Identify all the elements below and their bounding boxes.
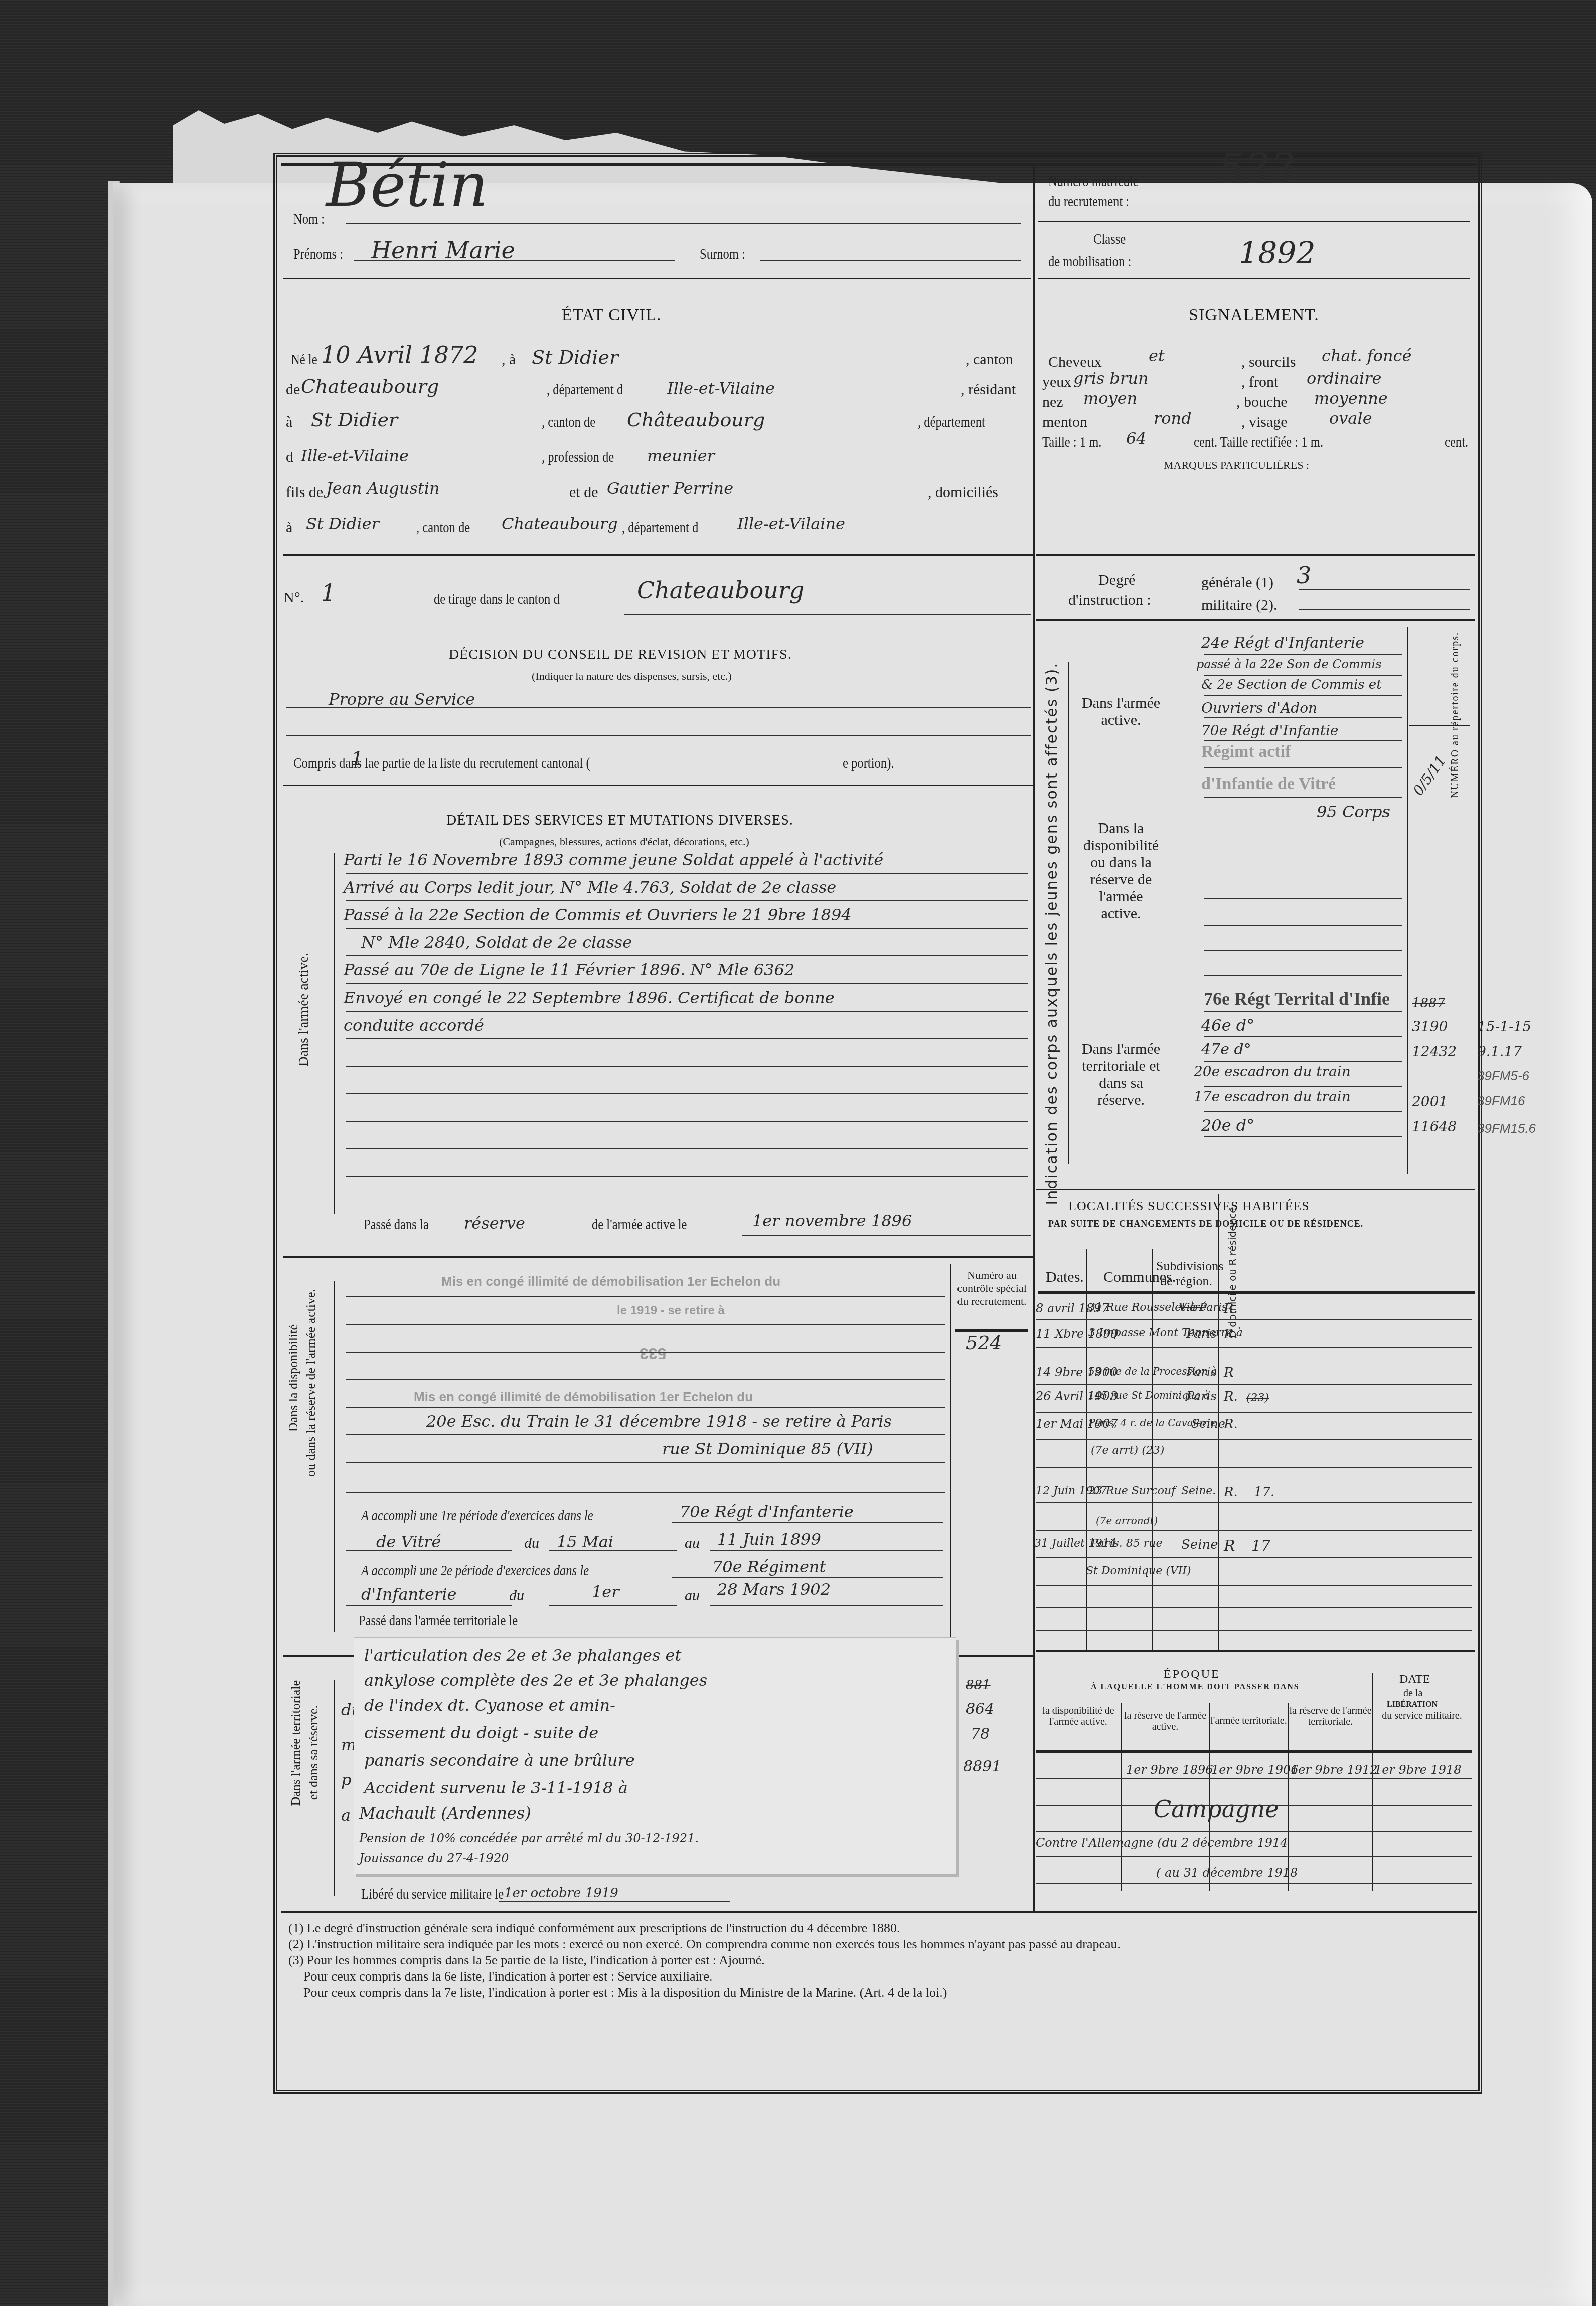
portion-label: e portion). xyxy=(843,755,894,772)
margin-number-1: 881 xyxy=(966,1678,991,1693)
territoriale-unit-4: 17e escadron du train xyxy=(1194,1088,1351,1105)
dispo-rule-4 xyxy=(1204,925,1402,926)
territoriale-num-4: 2001 xyxy=(1412,1093,1448,1110)
disponibilite-line-3: 95 Corps xyxy=(1317,802,1390,821)
reserve-rule-4 xyxy=(346,1379,945,1380)
disponibilite-label: Dans la disponibilité ou dans la réserve… xyxy=(1078,820,1164,922)
reserve-rule-3 xyxy=(346,1352,945,1353)
localite-commune: 23 Rue Surcouf xyxy=(1088,1485,1175,1497)
periode-1-to: 11 Juin 1899 xyxy=(717,1530,821,1549)
service-rule-11 xyxy=(346,1148,1028,1149)
front-label: , front xyxy=(1241,374,1278,391)
reserve-rule-5 xyxy=(346,1407,945,1408)
service-line-7: conduite accordé xyxy=(344,1016,484,1035)
periode-2-from-line xyxy=(549,1605,677,1606)
menton-label: menton xyxy=(1042,414,1087,431)
service-rule-12 xyxy=(346,1176,1028,1177)
localite-subdivision: Vitré xyxy=(1179,1301,1206,1314)
services-subtitle: (Campagnes, blessures, actions d'éclat, … xyxy=(499,835,749,848)
liberation-header-1: DATE xyxy=(1399,1673,1430,1686)
margin-number-4: 8891 xyxy=(963,1758,1001,1775)
epoque-col-4 xyxy=(1372,1673,1373,1891)
tirage-number: 1 xyxy=(321,579,336,606)
departement2-label: , département xyxy=(918,414,985,431)
disponibilite-stamp-2: d'Infantie de Vitré xyxy=(1201,775,1336,794)
fils-de-label: fils de xyxy=(286,484,323,501)
localites-col-header-dates: Dates. xyxy=(1046,1269,1084,1286)
canton-de-label: , canton de xyxy=(542,414,595,431)
epoque-value-reserve-active: 1er 9bre 1896 xyxy=(1126,1763,1213,1777)
epoque-rule-5 xyxy=(1036,1883,1472,1884)
demob-stamp-2-line-3: rue St Dominique 85 (VII) xyxy=(662,1439,873,1458)
de-label: de xyxy=(286,381,300,398)
etat-civil-rule xyxy=(283,554,1033,556)
hidden-prefix-4: a xyxy=(341,1805,351,1825)
epoque-col-header-reserve-active: la réserve de l'armée active. xyxy=(1122,1710,1208,1732)
periode-1-unit-line xyxy=(672,1522,943,1523)
territoriale-unit-2: 47e d° xyxy=(1201,1041,1251,1058)
periode-1-place-line xyxy=(346,1550,512,1551)
localite-commune: 31 Rue Rousselet à Paris xyxy=(1088,1301,1227,1314)
epoque-value-reserve-territoriale: 1er 9bre 1912 xyxy=(1291,1763,1378,1777)
periode-1-au-label: au xyxy=(685,1535,700,1552)
partie-value: 1 xyxy=(351,747,363,769)
surnom-line xyxy=(760,260,1021,261)
nez-value: moyen xyxy=(1083,389,1137,408)
birth-canton: Chateaubourg xyxy=(301,375,439,397)
localite-dr: R. xyxy=(1224,1301,1238,1316)
localite-commune: Paris. 85 rue xyxy=(1091,1537,1162,1550)
territoriale-unit-5: 20e d° xyxy=(1201,1116,1254,1135)
footnote-2: (2) L'instruction militaire sera indiqué… xyxy=(288,1937,1121,1952)
residence: St Didier xyxy=(311,409,398,431)
terr-rule-0 xyxy=(1204,1011,1402,1012)
profession: meunier xyxy=(647,446,715,465)
tirage-label: de tirage dans le canton d xyxy=(434,591,560,608)
territoriale-date-4: 39FM16 xyxy=(1477,1093,1525,1109)
slip-line-8: Pension de 10% concédée par arrêté ml du… xyxy=(359,1831,699,1845)
parents-departement: Ille-et-Vilaine xyxy=(737,514,845,533)
active-rule-3 xyxy=(1204,695,1402,696)
localite-rule-11 xyxy=(1036,1607,1472,1608)
service-rule-9 xyxy=(346,1093,1028,1094)
militaire-line xyxy=(1299,609,1470,610)
localite-commune: St Dominique (VII) xyxy=(1086,1565,1191,1577)
no-label: N°. xyxy=(283,589,304,606)
slip-line-3: de l'index dt. Cyanose et amin- xyxy=(364,1696,615,1715)
periode-2-to: 28 Mars 1902 xyxy=(717,1580,831,1599)
localite-dr: R xyxy=(1224,1365,1234,1380)
front-value: ordinaire xyxy=(1307,369,1381,388)
localite-rule-10 xyxy=(1036,1585,1472,1586)
epoque-subtitle: À LAQUELLE L'HOMME DOIT PASSER DANS xyxy=(1091,1683,1300,1692)
periode-1-label: A accompli une 1re période d'exercices d… xyxy=(361,1507,593,1524)
territoriale-side-label-1: Dans l'armée territoriale xyxy=(288,1680,303,1806)
nez-label: nez xyxy=(1042,394,1063,411)
dispo-rule-6 xyxy=(1204,975,1402,976)
service-rule-7 xyxy=(346,1038,1028,1039)
slip-line-6: Accident survenu le 3-11-1918 à xyxy=(364,1778,628,1797)
bouche-label: , bouche xyxy=(1236,394,1288,411)
generale-label: générale (1) xyxy=(1201,574,1273,591)
dispo-rule-3 xyxy=(1204,898,1402,899)
repertoire-header: NUMÉRO au répertoire du corps. xyxy=(1450,632,1461,798)
periode-2-unit-2-line xyxy=(346,1605,512,1606)
sourcils-label: , sourcils xyxy=(1241,354,1296,371)
classe-label-1: Classe xyxy=(1093,231,1126,248)
active-line-2: passé à la 22e Son de Commis xyxy=(1196,657,1382,671)
campagne-title: Campagne xyxy=(1154,1795,1279,1823)
active-rule-5 xyxy=(1204,740,1402,741)
header-bottom-rule xyxy=(283,278,1031,279)
active-line-4: Ouvriers d'Adon xyxy=(1201,700,1317,716)
territoriale-date-1: 15-1-15 xyxy=(1477,1018,1531,1035)
territoriale-passe-label: Passé dans l'armée territoriale le xyxy=(359,1612,518,1629)
localite-rule-8 xyxy=(1036,1530,1472,1531)
prenoms-label: Prénoms : xyxy=(293,246,343,263)
terr-rule-1 xyxy=(1204,1036,1402,1037)
localite-subdivision: Seine xyxy=(1191,1417,1225,1431)
terr-rule-5 xyxy=(1204,1136,1402,1137)
periode-1-place: de Vitré xyxy=(376,1532,441,1551)
demob-stamp-2-line-1: Mis en congé illimité de démobilisation … xyxy=(414,1389,753,1405)
profession-label: , profession de xyxy=(542,449,614,466)
localite-commune: 3 Impasse Mont Tonnerre à xyxy=(1088,1327,1243,1339)
territoriale-stamp: 76e Régt Territal d'Infie xyxy=(1204,988,1390,1009)
d-label: d xyxy=(286,449,293,466)
localite-extra: 17. xyxy=(1254,1485,1274,1500)
liberation-header-2: de la xyxy=(1403,1688,1422,1699)
localite-dr: R. xyxy=(1224,1327,1238,1342)
slip-line-5: panaris secondaire à une brûlure xyxy=(364,1751,635,1770)
affectations-rule xyxy=(1036,1189,1475,1190)
territoriale-unit-1: 46e d° xyxy=(1201,1016,1254,1035)
epoque-title: ÉPOQUE xyxy=(1164,1668,1220,1681)
periode-1-from-line xyxy=(549,1550,677,1551)
service-rule-1 xyxy=(346,873,1028,874)
matricule-value: 533 xyxy=(1219,145,1296,192)
nom-label: Nom : xyxy=(293,211,325,228)
localites-subtitle: PAR SUITE DE CHANGEMENTS DE DOMICILE OU … xyxy=(1048,1219,1363,1229)
margin-number-2: 864 xyxy=(966,1700,994,1718)
footnote-5: Pour ceux compris dans la 7e liste, l'in… xyxy=(303,1985,947,2000)
epoque-rule-3 xyxy=(1036,1831,1472,1832)
affectations-side-label: Indication des corps auxquels les jeunes… xyxy=(1043,662,1061,1205)
marques-label: MARQUES PARTICULIÈRES : xyxy=(1164,459,1309,472)
epoque-col-header-reserve-territoriale: la réserve de l'armée territoriale. xyxy=(1289,1705,1372,1727)
epoque-col-3 xyxy=(1288,1703,1289,1891)
nom-value: Bétin xyxy=(326,150,488,220)
service-rule-4 xyxy=(346,955,1028,956)
libere-date: 1er octobre 1919 xyxy=(504,1886,618,1901)
disponibilite-stamp-1: Régimt actif xyxy=(1201,742,1291,761)
degre-label-2: d'instruction : xyxy=(1068,592,1151,609)
reserve-rule-8 xyxy=(346,1492,945,1493)
canton-label: , canton xyxy=(966,351,1013,368)
localite-rule-3 xyxy=(1036,1384,1472,1385)
dispo-rule-5 xyxy=(1204,950,1402,951)
footnote-3: (3) Pour les hommes compris dans la 5e p… xyxy=(288,1953,765,1968)
periode-1-unit: 70e Régt d'Infanterie xyxy=(680,1502,854,1521)
decision-value: Propre au Service xyxy=(329,690,475,709)
active-rule-1 xyxy=(1204,654,1402,655)
active-line-1: 24e Régt d'Infanterie xyxy=(1201,634,1364,652)
hidden-prefix-3: p xyxy=(341,1770,351,1789)
localite-subdivision: Paris xyxy=(1186,1389,1217,1403)
territoriale-num-2: 12432 xyxy=(1412,1043,1457,1060)
service-line-3: Passé à la 22e Section de Commis et Ouvr… xyxy=(344,905,852,924)
generale-value: 3 xyxy=(1297,562,1311,589)
localite-rule-7 xyxy=(1036,1502,1472,1503)
header-divider xyxy=(1033,163,1035,554)
birth-place: St Didier xyxy=(532,346,618,368)
demob-stamp-1-line-1: Mis en congé illimité de démobilisation … xyxy=(441,1274,780,1289)
surnom-label: Surnom : xyxy=(700,246,745,263)
margin-number-3: 78 xyxy=(971,1725,990,1743)
taille-label: Taille : 1 m. xyxy=(1042,434,1102,451)
cheveux-value: et xyxy=(1149,346,1165,365)
tirage-canton: Chateaubourg xyxy=(637,577,804,604)
et-de-label: et de xyxy=(569,484,598,501)
localite-extra: (23) xyxy=(1246,1392,1269,1404)
localite-dr: R. xyxy=(1224,1485,1238,1500)
service-rule-2 xyxy=(346,900,1028,901)
a-label: , à xyxy=(502,351,516,368)
reserve-side-label-1: Dans la disponibilité xyxy=(286,1324,301,1432)
footnote-4: Pour ceux compris dans la 6e liste, l'in… xyxy=(303,1969,713,1984)
father-name: Jean Augustin xyxy=(326,479,440,498)
services-side-label: Dans l'armée active. xyxy=(296,953,312,1067)
terr-rule-3 xyxy=(1204,1086,1402,1087)
service-rule-5 xyxy=(346,983,1028,984)
menton-value: rond xyxy=(1154,409,1192,428)
degre-label-1: Degré xyxy=(1098,572,1135,589)
demob-stamp-2-line-2: 20e Esc. du Train le 31 décembre 1918 - … xyxy=(426,1412,892,1431)
numero-controle-value: 524 xyxy=(966,1332,1002,1354)
liberation-header-3: LIBÉRATION xyxy=(1387,1700,1438,1709)
services-bracket xyxy=(334,853,335,1214)
service-rule-8 xyxy=(346,1066,1028,1067)
decision-title: DÉCISION DU CONSEIL DE REVISION ET MOTIF… xyxy=(449,647,792,663)
signalement-rule xyxy=(1036,554,1475,556)
yeux-value: gris brun xyxy=(1073,369,1149,388)
periode-2-unit: 70e Régiment xyxy=(712,1557,826,1576)
demob-stamp-1-line-2: le 1919 - se retire à xyxy=(617,1304,725,1318)
localite-subdivision: Paris xyxy=(1186,1365,1217,1379)
periode-1-du-label: du xyxy=(524,1535,539,1552)
campagne-line-1: Contre l'Allemagne (du 2 décembre 1914 xyxy=(1036,1836,1288,1850)
sourcils-value: chat. foncé xyxy=(1322,346,1411,365)
passe-label-2: de l'armée active le xyxy=(592,1216,687,1233)
active-rule-2 xyxy=(1204,675,1402,676)
generale-line xyxy=(1299,589,1470,590)
decision-rule xyxy=(283,785,1033,786)
prenoms-line xyxy=(354,260,675,261)
services-rule xyxy=(283,1256,1033,1258)
decision-line-1 xyxy=(286,707,1031,708)
numero-controle-header: Numéro au contrôle spécial du recrutemen… xyxy=(953,1269,1031,1308)
parents-residence: St Didier xyxy=(306,514,379,533)
territoriale-side-label-2: et dans sa réserve. xyxy=(306,1705,321,1800)
passe-label-1: Passé dans la xyxy=(364,1216,429,1233)
residence-canton: Châteaubourg xyxy=(627,409,765,431)
periode-2-unit-line xyxy=(672,1577,943,1578)
periode-2-du-label: du xyxy=(509,1587,524,1604)
footnote-1: (1) Le degré d'instruction générale sera… xyxy=(288,1921,900,1936)
domicilies-label: , domiciliés xyxy=(928,484,998,501)
etat-civil-title: ÉTAT CIVIL. xyxy=(562,306,661,325)
passe-date-line xyxy=(742,1235,1031,1236)
epoque-value-territoriale: 1er 9bre 1906 xyxy=(1211,1763,1299,1777)
campagne-line-2: ( au 31 décembre 1918 xyxy=(1156,1866,1298,1880)
territoriale-struck-number: 1887 xyxy=(1412,996,1445,1011)
libere-label: Libéré du service militaire le xyxy=(361,1886,504,1903)
slip-line-9: Jouissance du 27-4-1920 xyxy=(359,1851,509,1865)
classe-label-2: de mobilisation : xyxy=(1048,253,1131,270)
services-title: DÉTAIL DES SERVICES ET MUTATIONS DIVERSE… xyxy=(446,812,793,829)
service-line-1: Parti le 16 Novembre 1893 comme jeune So… xyxy=(344,850,883,869)
localites-col-header-dr: D domicile ou R résidence. xyxy=(1226,1204,1238,1338)
signalement-title: SIGNALEMENT. xyxy=(1189,306,1319,325)
repertoire-header-rule xyxy=(1409,725,1470,726)
periode-1-to-line xyxy=(710,1550,943,1551)
localite-rule-9 xyxy=(1036,1557,1472,1558)
reserve-side-label-2: ou dans la réserve de l'armée active. xyxy=(303,1289,318,1477)
periode-2-unit-2: d'Infanterie xyxy=(361,1585,456,1604)
periode-2-au-label: au xyxy=(685,1587,700,1604)
service-line-2: Arrivé au Corps ledit jour, N° Mle 4.763… xyxy=(344,878,836,897)
localite-subdivision: Seine. xyxy=(1181,1485,1216,1497)
partie-label: e partie de la liste du recrutement cant… xyxy=(374,755,590,772)
epoque-col-header-territoriale: l'armée territoriale. xyxy=(1210,1715,1288,1726)
slip-line-7: Machault (Ardennes) xyxy=(359,1803,531,1823)
localite-commune: (7e arrt) (23) xyxy=(1091,1444,1164,1457)
localite-dr: R. xyxy=(1224,1417,1238,1432)
birth-date: 10 Avril 1872 xyxy=(321,341,478,368)
territoriale-date-3: 39FM5-6 xyxy=(1477,1068,1529,1084)
active-line-5: 70e Régt d'Infantie xyxy=(1201,722,1338,739)
passe-date: 1er novembre 1896 xyxy=(752,1211,912,1230)
periode-1-from: 15 Mai xyxy=(557,1532,613,1551)
epoque-rule-1 xyxy=(1036,1778,1472,1779)
mother-name: Gautier Perrine xyxy=(607,479,733,498)
localites-title: LOCALITÉS SUCCESSIVES HABITÉES xyxy=(1068,1199,1310,1214)
localite-extra: 17 xyxy=(1251,1537,1270,1555)
canton-de2-label: , canton de xyxy=(416,519,470,536)
reserve-rule-1 xyxy=(346,1296,945,1297)
ne-le-label: Né le xyxy=(291,351,317,368)
slip-line-1: l'articulation des 2e et 3e phalanges et xyxy=(364,1645,681,1665)
epoque-col-header-disponibilite: la disponibilité de l'armée active. xyxy=(1036,1705,1121,1727)
stamp-number-inverted: 533 xyxy=(640,1344,666,1363)
service-rule-10 xyxy=(346,1121,1028,1122)
service-line-6: Envoyé en congé le 22 Septembre 1896. Ce… xyxy=(344,988,835,1007)
taille-rectifiee-label: cent. Taille rectifiée : 1 m. xyxy=(1194,434,1323,451)
repertoire-column-divider xyxy=(1407,627,1408,1174)
passe-value: réserve xyxy=(464,1214,525,1233)
cheveux-label: Cheveux xyxy=(1048,354,1102,371)
a2-label: à xyxy=(286,414,292,431)
service-rule-6 xyxy=(346,1011,1028,1012)
classe-value: 1892 xyxy=(1239,236,1316,271)
matricule-rule xyxy=(1038,221,1470,222)
terr-rule-2 xyxy=(1204,1061,1402,1062)
territoriale-affect-label: Dans l'armée territoriale et dans sa rés… xyxy=(1078,1041,1164,1109)
cent-label: cent. xyxy=(1445,434,1468,451)
departement-label: , département d xyxy=(547,381,623,398)
visage-label: , visage xyxy=(1241,414,1288,431)
dispo-rule-1 xyxy=(1204,767,1402,768)
reserve-rule-7 xyxy=(346,1462,945,1463)
territoriale-date-5: 39FM15.6 xyxy=(1477,1121,1536,1136)
territoriale-date-2: 9.1.17 xyxy=(1477,1043,1522,1060)
liberation-header-4: du service militaire. xyxy=(1377,1710,1467,1721)
localite-rule-4 xyxy=(1036,1412,1472,1413)
tirage-line xyxy=(624,614,1031,615)
localite-dr: R. xyxy=(1224,1389,1238,1404)
periode-2-label: A accompli une 2e période d'exercices da… xyxy=(361,1562,589,1579)
militaire-label: militaire (2). xyxy=(1201,597,1278,614)
localite-dr: R xyxy=(1224,1537,1235,1555)
localite-rule-6 xyxy=(1036,1467,1472,1468)
reserve-bracket xyxy=(334,1281,335,1632)
footnote-rule xyxy=(281,1911,1477,1913)
territoriale-num-5: 11648 xyxy=(1412,1118,1457,1135)
localite-commune: (7e arrondt) xyxy=(1096,1515,1158,1527)
slip-line-4: cissement du doigt - suite de xyxy=(364,1723,598,1742)
residence-departement: Ille-et-Vilaine xyxy=(301,446,409,465)
service-line-4: N° Mle 2840, Soldat de 2e classe xyxy=(361,933,632,952)
visage-value: ovale xyxy=(1329,409,1372,428)
decision-line-2 xyxy=(286,735,1031,736)
epoque-header-rule xyxy=(1036,1750,1472,1753)
libere-line xyxy=(499,1901,730,1902)
localite-rule-1 xyxy=(1036,1319,1472,1320)
decision-subtitle: (Indiquer la nature des dispenses, sursi… xyxy=(532,670,732,683)
departement3-label: , département d xyxy=(622,519,698,536)
localite-rule-2 xyxy=(1036,1347,1472,1348)
territoriale-unit-3: 20e escadron du train xyxy=(1194,1063,1351,1080)
affectations-bracket xyxy=(1068,662,1069,1164)
taille-value: 64 xyxy=(1126,429,1147,448)
instruction-rule xyxy=(1036,619,1475,621)
localites-header-rule xyxy=(1038,1291,1475,1294)
active-line-3: & 2e Section de Commis et xyxy=(1201,677,1382,692)
yeux-label: yeux xyxy=(1042,374,1071,391)
service-line-5: Passé au 70e de Ligne le 11 Février 1896… xyxy=(344,960,794,979)
localites-bottom-rule xyxy=(1036,1650,1475,1652)
bouche-value: moyenne xyxy=(1314,389,1388,408)
liberation-date: 1er 9bre 1918 xyxy=(1374,1763,1462,1777)
reserve-rule-6 xyxy=(346,1434,945,1435)
pasted-medical-slip: l'articulation des 2e et 3e phalanges et… xyxy=(354,1637,956,1874)
slip-line-2: ankylose complète des 2e et 3e phalanges xyxy=(364,1671,707,1690)
active-rule-4 xyxy=(1204,717,1402,718)
classe-rule xyxy=(1038,278,1470,279)
numero-column-divider xyxy=(950,1264,951,1653)
localite-subdivision: Seine xyxy=(1181,1537,1218,1552)
localite-rule-5 xyxy=(1036,1439,1472,1440)
active-label: Dans l'armée active. xyxy=(1078,695,1164,729)
matricule-label-2: du recrutement : xyxy=(1048,193,1129,210)
main-column-divider xyxy=(1033,554,1035,1911)
localites-col-header-subdivisions: Subdivisions de région. xyxy=(1156,1259,1216,1289)
reserve-rule-2 xyxy=(346,1324,945,1325)
territoriale-bracket xyxy=(334,1680,335,1896)
periode-2-from: 1er xyxy=(592,1582,619,1601)
dispo-rule-2 xyxy=(1204,797,1402,798)
periode-2-to-line xyxy=(710,1605,943,1606)
